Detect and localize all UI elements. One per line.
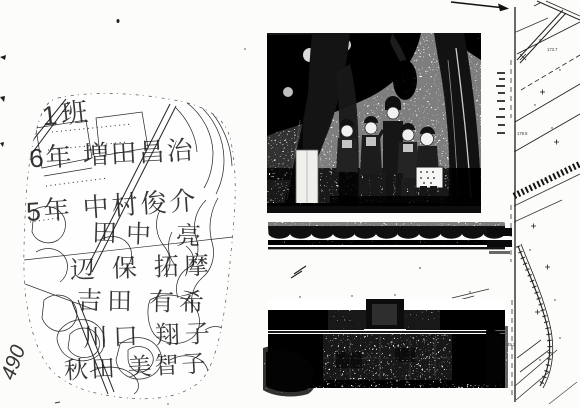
handwritten-group-label: 1班 [41,98,94,130]
dust-dots [299,267,470,297]
edge-mark [0,96,5,102]
leaf-clump [393,60,417,100]
photo-children-under-trees [267,33,481,213]
leg [372,174,378,198]
edge-gray-bar [489,251,510,254]
thin-rule [268,247,505,249]
sky-gap [283,87,293,97]
handwritten-name: 田中 亮 [92,221,211,250]
handwritten-name: 吉田 有希 [77,289,209,316]
face [402,129,414,141]
bib [342,140,352,148]
handwritten-name: 辺 保 拓摩 [70,253,215,283]
stray-strokes [291,266,489,300]
speck [117,19,120,23]
edge-black-bar [487,240,512,247]
right-bush [452,168,481,202]
spot-elevation-label: 179.8 [517,131,528,136]
parcel-dots [529,39,560,360]
leg [363,174,369,198]
edge-mark [55,402,60,403]
north-arrow-head [498,3,509,11]
stone-patch [395,348,415,362]
face [421,133,434,146]
hatched-embankment [514,164,580,196]
north-arrow-shaft [451,2,505,8]
wall-top-line [268,331,505,333]
speck [167,403,168,404]
wall-tile-coping-photo [268,222,505,300]
spot-elevation-label: 173.7 [547,47,558,52]
face [387,107,399,119]
bib [403,144,413,152]
bib [366,137,376,146]
edge-black-bar [487,228,512,236]
photo-bottom-strip [267,206,481,213]
speckled-bar [268,240,505,245]
edge-mark [0,142,4,147]
handwritten-name: 川口 翔子 [83,322,216,352]
dark-clump-left [268,310,328,330]
scanned-album-page: 173.7 179.8 49.3 1班 6年 増田昌治 5年 中村俊介 田中 亮… [0,0,580,408]
held-sign [416,167,443,188]
face [365,122,377,134]
scalloped-tile-band [268,226,505,239]
window-opening [372,304,397,325]
stone-wall-photo [263,299,505,397]
illegible-margin-marks [496,72,505,134]
parcel-lines [514,1,580,222]
blob-fuzz [486,326,508,388]
face [341,125,353,137]
spot-elevation-label: 49.3 [507,342,516,347]
stone-patch [336,352,362,368]
speck [244,48,246,50]
edge-mark [0,55,6,60]
